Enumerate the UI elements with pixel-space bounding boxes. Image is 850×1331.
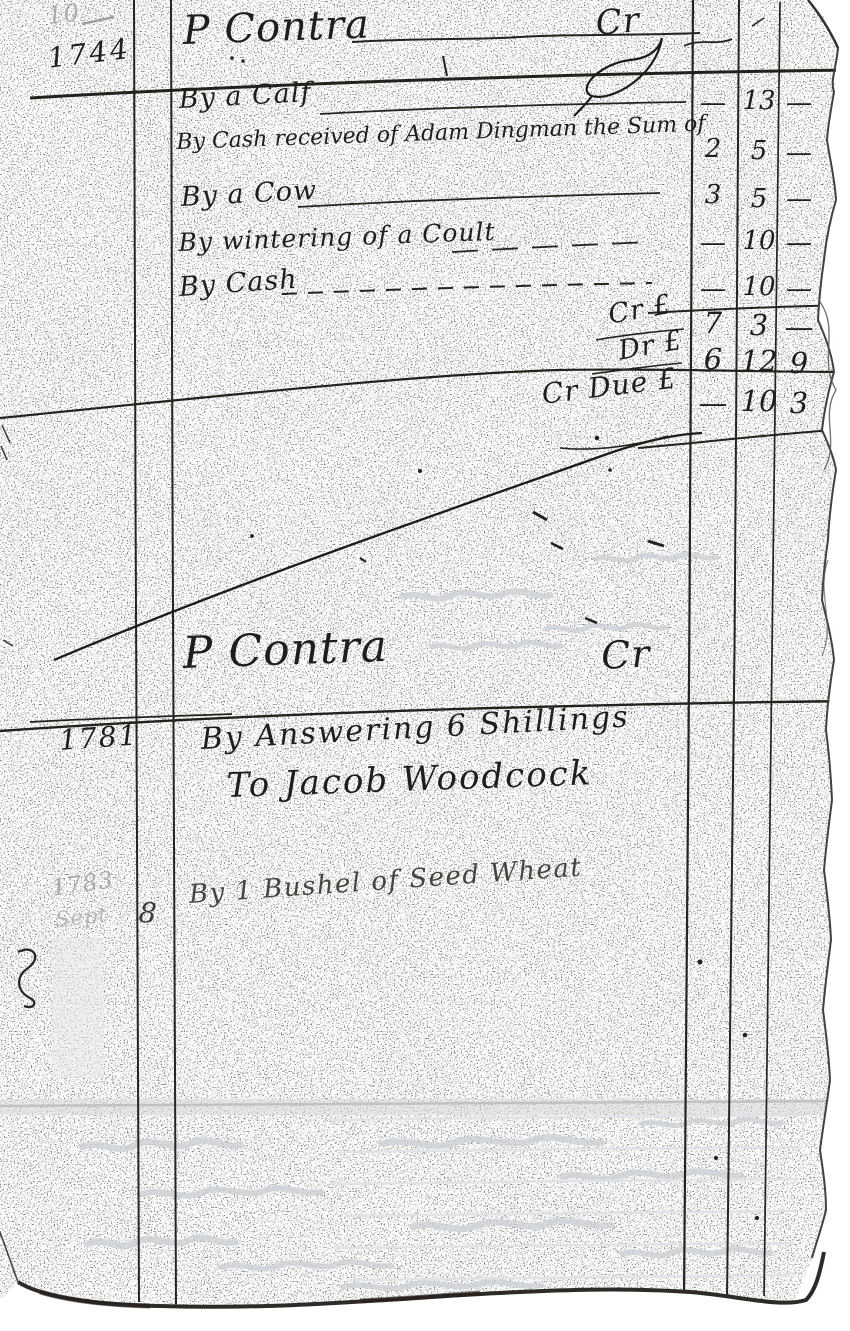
amount-pence: — [778,184,820,214]
total-pounds: 7 [690,306,736,340]
amount-shillings: 5 [737,184,781,214]
second-credit-abbreviation: Cr [600,631,651,678]
amount-pence: — [778,138,820,168]
total-pence: 9 [778,346,820,380]
amount-shillings: 13 [737,86,781,116]
amount-pence: — [778,274,820,304]
amount-pounds: 3 [690,180,736,210]
entry-year-1781: 1781 [58,718,139,756]
amount-shillings: 10 [737,272,781,302]
amount-pounds: — [690,274,736,304]
total-shillings: 10 [737,384,781,418]
amount-shillings: 5 [737,136,781,166]
total-pence: 3 [778,386,820,420]
ledger-page: 10 1744 P Contra Cr By a Calf — 13 — By … [0,0,850,1331]
total-pounds: — [690,386,736,420]
second-section-title: P Contra [182,621,389,679]
folio-mark: 10 [46,0,81,30]
total-shillings: 12 [737,344,781,378]
amount-pence: — [778,228,820,258]
amount-pence: — [778,88,820,118]
section-title: P Contra [182,1,371,54]
amount-pounds: — [690,228,736,258]
total-pence: — [778,310,820,344]
amount-shillings: 10 [737,226,781,256]
credit-abbreviation: Cr [594,0,642,44]
entry-day: 8 [138,896,159,930]
total-pounds: 6 [690,342,736,376]
amount-pounds: 2 [690,134,736,164]
total-shillings: 3 [737,308,781,342]
